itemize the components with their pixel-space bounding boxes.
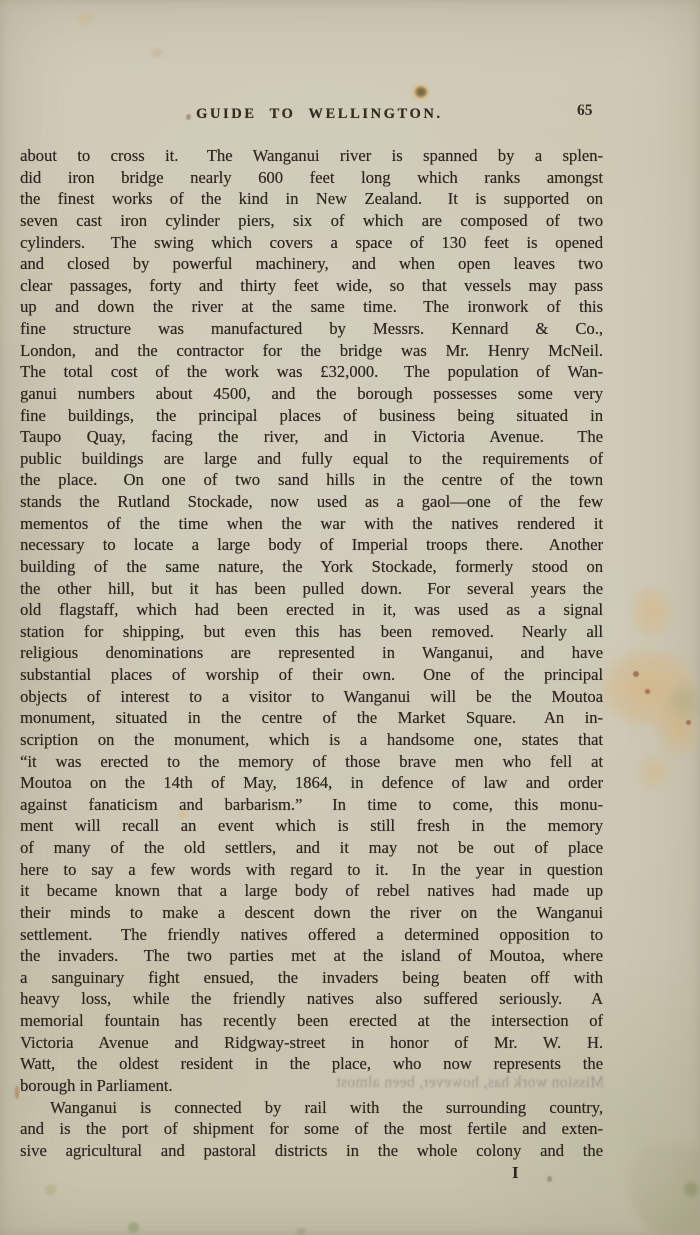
text-line: heavy loss, while the friendly natives a…	[20, 988, 603, 1010]
text-line: against fanaticism and barbarism.” In ti…	[20, 794, 603, 816]
text-line: about to cross it. The Wanganui river is…	[20, 145, 603, 167]
stain-blob	[634, 750, 676, 794]
stain-blob	[664, 678, 700, 724]
foxing-speck	[78, 12, 92, 24]
rust-speck	[633, 671, 639, 677]
text-line: scription on the monument, which is a ha…	[20, 729, 603, 751]
text-line: settlement. The friendly natives offered…	[20, 924, 603, 946]
text-line: stands the Rutland Stockade, now used as…	[20, 491, 603, 513]
rust-speck	[686, 720, 691, 725]
text-line: and is the port of shipment for some of …	[20, 1118, 603, 1140]
text-line: and closed by powerful machinery, and wh…	[20, 253, 603, 275]
foxing-speck	[44, 1184, 57, 1196]
text-line: the place. On one of two sand hills in t…	[20, 469, 603, 491]
page-number: 65	[577, 102, 593, 120]
text-line: objects of interest to a visitor to Wang…	[20, 686, 603, 708]
text-line: mementos of the time when the war with t…	[20, 513, 603, 535]
text-line: cylinders. The swing which covers a spac…	[20, 232, 603, 254]
corner-stain	[684, 1182, 698, 1196]
text-line: religious denominations are represented …	[20, 642, 603, 664]
foxing-speck	[296, 1228, 306, 1235]
text-line: fine buildings, the principal places of …	[20, 405, 603, 427]
text-line: their minds to make a descent down the r…	[20, 902, 603, 924]
text-line: station for shipping, but even this has …	[20, 621, 603, 643]
text-line: ganui numbers about 4500, and the boroug…	[20, 383, 603, 405]
text-line: a sanguinary fight ensued, the invaders …	[20, 967, 603, 989]
rust-speck	[15, 1086, 19, 1099]
text-line: Watt, the oldest resident in the place, …	[20, 1053, 603, 1075]
text-line: substantial places of worship of their o…	[20, 664, 603, 686]
text-line: did iron bridge nearly 600 feet long whi…	[20, 167, 603, 189]
text-line: the other hill, but it has been pulled d…	[20, 578, 603, 600]
text-line: up and down the river at the same time. …	[20, 296, 603, 318]
text-line: the invaders. The two parties met at the…	[20, 945, 603, 967]
text-line: The total cost of the work was £32,000. …	[20, 361, 603, 383]
text-line: sive agricultural and pastoral districts…	[20, 1140, 603, 1162]
text-line: monument, situated in the centre of the …	[20, 707, 603, 729]
text-line: London, and the contractor for the bridg…	[20, 340, 603, 362]
text-line: Victoria Avenue and Ridgway-street in ho…	[20, 1032, 603, 1054]
showthrough-ghost-text: Mission work has, however, been almost	[248, 1074, 604, 1092]
text-line: memorial fountain has recently been erec…	[20, 1010, 603, 1032]
foxing-speck	[547, 1176, 552, 1182]
text-line: it became known that a large body of reb…	[20, 880, 603, 902]
text-line: Moutoa on the 14th of May, 1864, in defe…	[20, 772, 603, 794]
text-line: “it was erected to the memory of those b…	[20, 751, 603, 773]
text-line: necessary to locate a large body of Impe…	[20, 534, 603, 556]
running-title: GUIDE TO WELLINGTON.	[196, 106, 443, 123]
text-line: building of the same nature, the York St…	[20, 556, 603, 578]
ornament-dot-icon	[186, 114, 191, 120]
text-line: here to say a few words with regard to i…	[20, 859, 603, 881]
text-line: Wanganui is connected by rail with the s…	[20, 1097, 603, 1119]
foxing-speck	[128, 1222, 139, 1233]
text-line: the finest works of the kind in New Zeal…	[20, 188, 603, 210]
text-line: old flagstaff, which had been erected in…	[20, 599, 603, 621]
foxing-speck	[152, 48, 162, 57]
book-page: GUIDE TO WELLINGTON. 65 about to cross i…	[0, 0, 700, 1235]
text-line: Taupo Quay, facing the river, and in Vic…	[20, 426, 603, 448]
stain-blob	[652, 698, 700, 760]
stain-blob	[596, 644, 700, 732]
foxing-spot	[408, 80, 434, 104]
signature-mark: I	[512, 1163, 519, 1183]
corner-stain	[628, 1144, 700, 1235]
rust-speck	[645, 689, 650, 694]
text-line: clear passages, forty and thirty feet wi…	[20, 275, 603, 297]
text-line: public buildings are large and fully equ…	[20, 448, 603, 470]
text-line: seven cast iron cylinder piers, six of w…	[20, 210, 603, 232]
text-line: fine structure was manufactured by Messr…	[20, 318, 603, 340]
text-line: of many of the old settlers, and it may …	[20, 837, 603, 859]
body-text: about to cross it. The Wanganui river is…	[20, 145, 603, 1161]
text-line: ment will recall an event which is still…	[20, 815, 603, 837]
stain-blob	[628, 582, 676, 642]
